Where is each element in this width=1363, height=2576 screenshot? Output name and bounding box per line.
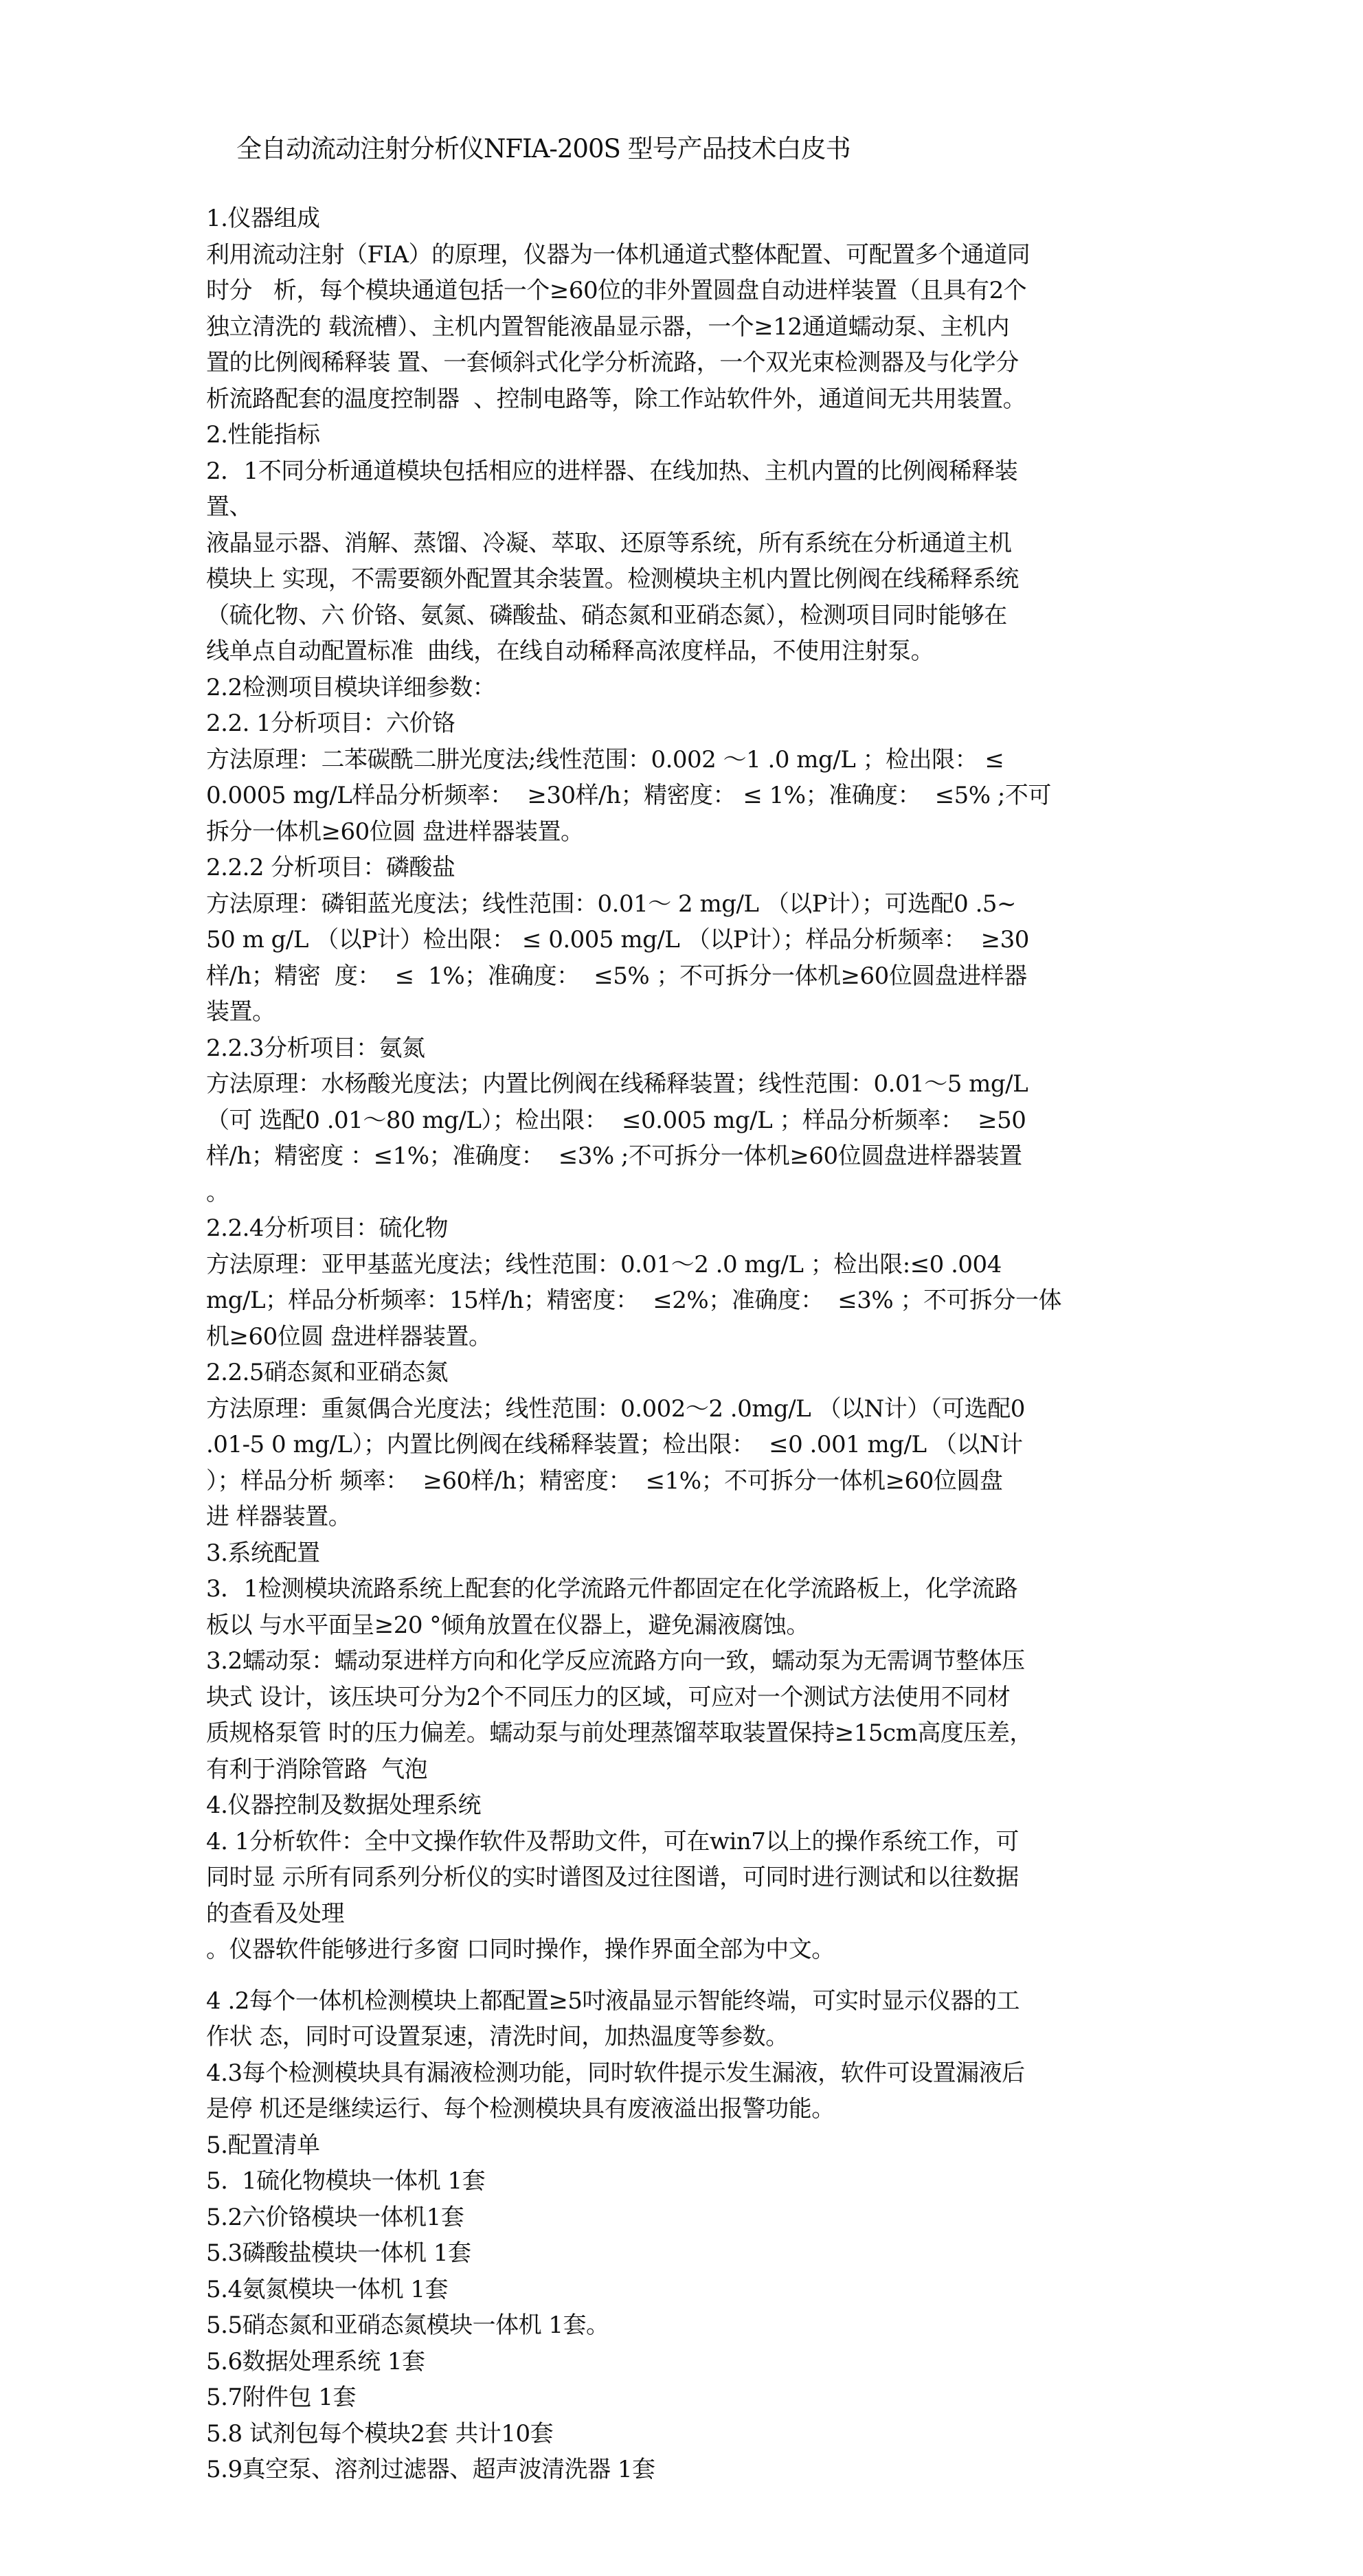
paragraph-line: 质规格泵管 时的压力偏差。蠕动泵与前处理蒸馏萃取装置保持≥15cm高度压差， (206, 1715, 1185, 1752)
paragraph-line: 时分 析，每个模块通道包括一个≥60位的非外置圆盘自动进样装置（且具有2个 (206, 273, 1185, 309)
list-item: 5.9真空泵、溶剂过滤器、超声波清洗器 1套 (206, 2452, 1185, 2488)
paragraph-line: （可 选配0 .01～80 mg/L）；检出限： ≤0.005 mg/L ；样品… (206, 1103, 1185, 1139)
list-item: 5.4氨氮模块一体机 1套 (206, 2272, 1185, 2308)
paragraph-line: ）；样品分析 频率： ≥60样/h；精密度： ≤1%；不可拆分一体机≥60位圆盘 (206, 1463, 1185, 1500)
list-item: 5. 1硫化物模块一体机 1套 (206, 2163, 1185, 2200)
paragraph-line: 利用流动注射（FIA）的原理，仪器为一体机通道式整体配置、可配置多个通道同 (206, 237, 1185, 273)
paragraph-line: 进 样器装置。 (206, 1499, 1185, 1535)
paragraph-line: 板以 与水平面呈≥20 °倾角放置在仪器上，避免漏液腐蚀。 (206, 1607, 1185, 1644)
paragraph-line: 方法原理：水杨酸光度法；内置比例阀在线稀释装置；线性范围：0.01～5 mg/L (206, 1066, 1185, 1103)
list-item: 5.8 试剂包每个模块2套 共计10套 (206, 2416, 1185, 2452)
paragraph-line: 同时显 示所有同系列分析仪的实时谱图及过往图谱，可同时进行测试和以往数据 (206, 1860, 1185, 1896)
item-heading-sulfide: 2.2.4分析项目：硫化物 (206, 1210, 1185, 1247)
paragraph-line: 。仪器软件能够进行多窗 口同时操作，操作界面全部为中文。 (206, 1932, 1185, 1968)
paragraph-line: 是停 机还是继续运行、每个检测模块具有废液溢出报警功能。 (206, 2091, 1185, 2127)
paragraph-line: 方法原理：亚甲基蓝光度法；线性范围：0.01～2 .0 mg/L ；检出限:≤0… (206, 1247, 1185, 1283)
section-heading: 2.性能指标 (206, 417, 1185, 453)
item-heading-phosphate: 2.2.2 分析项目：磷酸盐 (206, 850, 1185, 886)
paragraph-line: 样/h；精密 度： ≤ 1%；准确度： ≤5% ；不可拆分一体机≥60位圆盘进样… (206, 958, 1185, 995)
paragraph-line: 模块上 实现，不需要额外配置其余装置。检测模块主机内置比例阀在线稀释系统 (206, 561, 1185, 598)
item-heading-chromium: 2.2. 1分析项目：六价铬 (206, 705, 1185, 742)
paragraph-line: .01-5 0 mg/L）；内置比例阀在线稀释装置；检出限： ≤0 .001 m… (206, 1427, 1185, 1463)
paragraph-line: （硫化物、六 价铬、氨氮、磷酸盐、硝态氮和亚硝态氮），检测项目同时能够在 (206, 598, 1185, 634)
paragraph-line: 样/h；精密度 ：≤1%；准确度： ≤3% ;不可拆分一体机≥60位圆盘进样器装… (206, 1138, 1185, 1175)
paragraph-line: 3.2蠕动泵：蠕动泵进样方向和化学反应流路方向一致，蠕动泵为无需调节整体压 (206, 1643, 1185, 1680)
paragraph-line: 方法原理：磷钼蓝光度法；线性范围：0.01～ 2 mg/L （以P计）；可选配0… (206, 886, 1185, 923)
paragraph-line: 50 m g/L （以P计）检出限： ≤ 0.005 mg/L （以P计）；样品… (206, 922, 1185, 958)
paragraph-line: 4. 1分析软件：全中文操作软件及帮助文件，可在win7以上的操作系统工作，可 (206, 1824, 1185, 1860)
list-item: 5.7附件包 1套 (206, 2380, 1185, 2416)
section-heading: 1.仪器组成 (206, 201, 1185, 237)
list-item: 5.5硝态氮和亚硝态氮模块一体机 1套。 (206, 2307, 1185, 2344)
item-heading-ammonia: 2.2.3分析项目：氨氮 (206, 1030, 1185, 1067)
paragraph-line: 4.3每个检测模块具有漏液检测功能，同时软件提示发生漏液，软件可设置漏液后 (206, 2055, 1185, 2092)
paragraph-line: 方法原理：二苯碳酰二肼光度法;线性范围：0.002 ～1 .0 mg/L ；检出… (206, 742, 1185, 778)
paragraph-line: 机≥60位圆 盘进样器装置。 (206, 1319, 1185, 1355)
paragraph-line: 4 .2每个一体机检测模块上都配置≥5吋液晶显示智能终端，可实时显示仪器的工 (206, 1983, 1185, 2020)
paragraph-line: 有利于消除管路 气泡 (206, 1752, 1185, 1788)
paragraph-line: 3．1检测模块流路系统上配套的化学流路元件都固定在化学流路板上，化学流路 (206, 1571, 1185, 1607)
list-item: 5.6数据处理系统 1套 (206, 2344, 1185, 2380)
paragraph-line: 2．1不同分析通道模块包括相应的进样器、在线加热、主机内置的比例阀稀释装 (206, 453, 1185, 490)
paragraph-line: 方法原理：重氮偶合光度法；线性范围：0.002～2 .0mg/L （以N计）（可… (206, 1391, 1185, 1427)
paragraph-line: 液晶显示器、消解、蒸馏、冷凝、萃取、还原等系统，所有系统在分析通道主机 (206, 526, 1185, 562)
section-heading: 3.系统配置 (206, 1535, 1185, 1572)
paragraph-line: 拆分一体机≥60位圆 盘进样器装置。 (206, 814, 1185, 850)
document-body: 1.仪器组成 利用流动注射（FIA）的原理，仪器为一体机通道式整体配置、可配置多… (206, 201, 1185, 2488)
list-item: 5.2六价铬模块一体机1套 (206, 2200, 1185, 2236)
paragraph-line: 0.0005 mg/L样品分析频率： ≥30样/h；精密度： ≤ 1%；准确度：… (206, 778, 1185, 814)
paragraph-line: 置、 (206, 489, 1185, 526)
paragraph-line: 装置。 (206, 994, 1185, 1030)
paragraph-line: 。 (206, 1175, 1185, 1211)
paragraph-line: 置的比例阀稀释装 置、一套倾斜式化学分析流路，一个双光束检测器及与化学分 (206, 345, 1185, 381)
section-heading: 4.仪器控制及数据处理系统 (206, 1787, 1185, 1824)
item-heading-nitrate: 2.2.5硝态氮和亚硝态氮 (206, 1355, 1185, 1391)
paragraph-line: mg/L；样品分析频率：15样/h；精密度： ≤2%；准确度： ≤3% ；不可拆… (206, 1283, 1185, 1319)
paragraph-line: 块式 设计，该压块可分为2个不同压力的区域，可应对一个测试方法使用不同材 (206, 1680, 1185, 1716)
paragraph-line: 析流路配套的温度控制器 、控制电路等，除工作站软件外，通道间无共用装置。 (206, 381, 1185, 418)
document-title: 全自动流动注射分析仪NFIA-200S 型号产品技术白皮书 (236, 132, 851, 166)
paragraph-line: 独立清洗的 载流槽）、主机内置智能液晶显示器，一个≥12通道蠕动泵、主机内 (206, 309, 1185, 346)
subsection-heading: 2.2检测项目模块详细参数： (206, 670, 1185, 706)
section-heading: 5.配置清单 (206, 2127, 1185, 2164)
paragraph-line: 的查看及处理 (206, 1896, 1185, 1932)
list-item: 5.3磷酸盐模块一体机 1套 (206, 2235, 1185, 2272)
paragraph-line: 线单点自动配置标准 曲线，在线自动稀释高浓度样品，不使用注射泵。 (206, 633, 1185, 670)
paragraph-line: 作状 态，同时可设置泵速，清洗时间，加热温度等参数。 (206, 2019, 1185, 2055)
document-page: 全自动流动注射分析仪NFIA-200S 型号产品技术白皮书 1.仪器组成 利用流… (0, 0, 1363, 2576)
spacer (206, 1968, 1185, 1983)
